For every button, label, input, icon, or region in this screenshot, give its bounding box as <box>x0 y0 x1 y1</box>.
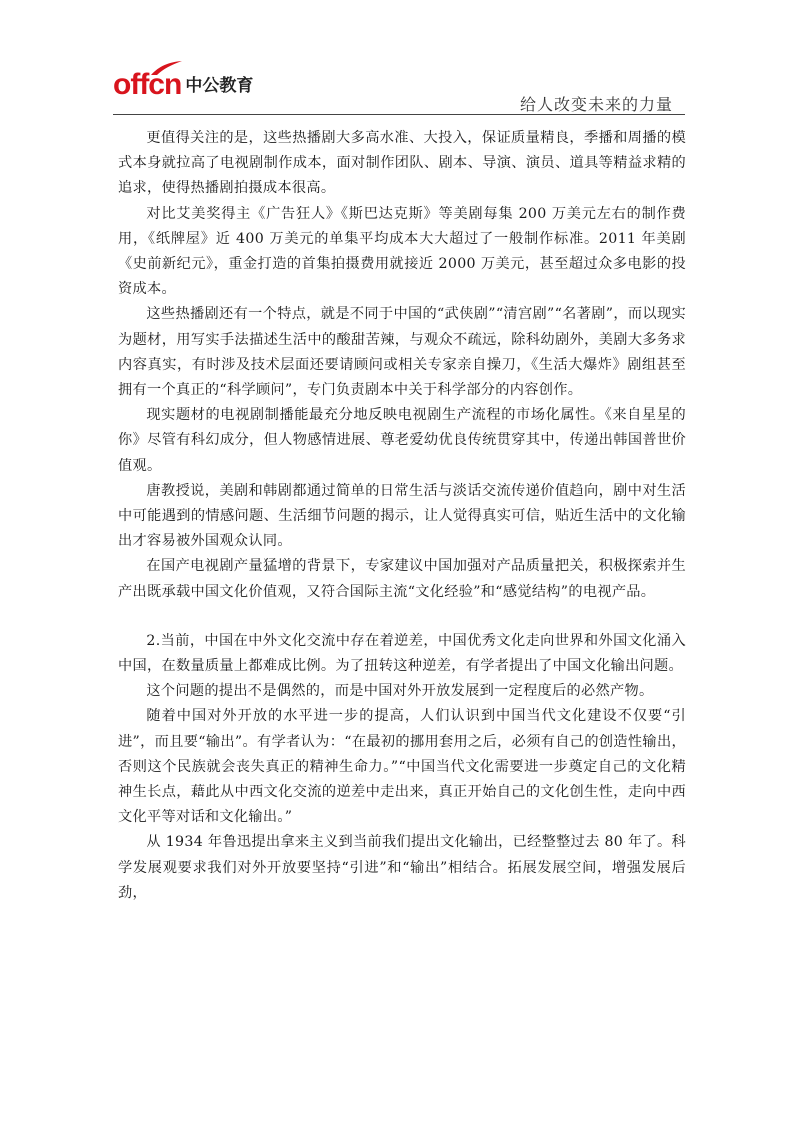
logo-mark: offcn <box>113 70 181 100</box>
paragraph: 唐教授说，美剧和韩剧都通过简单的日常生活与淡话交流传递价值趋向，剧中对生活中可能… <box>118 479 686 555</box>
paragraph: 更值得关注的是，这些热播剧大多高水准、大投入，保证质量精良，季播和周播的模式本身… <box>118 126 686 202</box>
paragraph: 现实题材的电视剧制播能最充分地反映电视剧生产流程的市场化属性。《来自星星的你》尽… <box>118 403 686 479</box>
logo-chinese-name: 中公教育 <box>185 72 253 100</box>
header-divider <box>113 114 685 115</box>
paragraph: 从 1934 年鲁迅提出拿来主义到当前我们提出文化输出，已经整整过去 80 年了… <box>118 830 686 906</box>
page-header: offcn 中公教育 给人改变未来的力量 <box>113 62 685 114</box>
logo-swoosh-icon <box>149 60 183 76</box>
paragraph: 随着中国对外开放的水平进一步的提高，人们认识到中国当代文化建设不仅要“引进”，而… <box>118 704 686 830</box>
offcn-logo: offcn 中公教育 <box>113 62 253 100</box>
document-body: 更值得关注的是，这些热播剧大多高水准、大投入，保证质量精良，季播和周播的模式本身… <box>118 126 686 906</box>
paragraph: 在国产电视剧产量猛增的背景下，专家建议中国加强对产品质量把关，积极探索并生产出既… <box>118 554 686 604</box>
paragraph-section-2: 2.当前，中国在中外文化交流中存在着逆差，中国优秀文化走向世界和外国文化涌入中国… <box>118 629 686 679</box>
paragraph: 这些热播剧还有一个特点，就是不同于中国的“武侠剧”“清宫剧”“名著剧”，而以现实… <box>118 302 686 403</box>
paragraph: 对比艾美奖得主《广告狂人》《斯巴达克斯》等美剧每集 200 万美元左右的制作费用… <box>118 202 686 303</box>
header-slogan: 给人改变未来的力量 <box>520 92 673 115</box>
paragraph: 这个问题的提出不是偶然的，而是中国对外开放发展到一定程度后的必然产物。 <box>118 679 686 704</box>
